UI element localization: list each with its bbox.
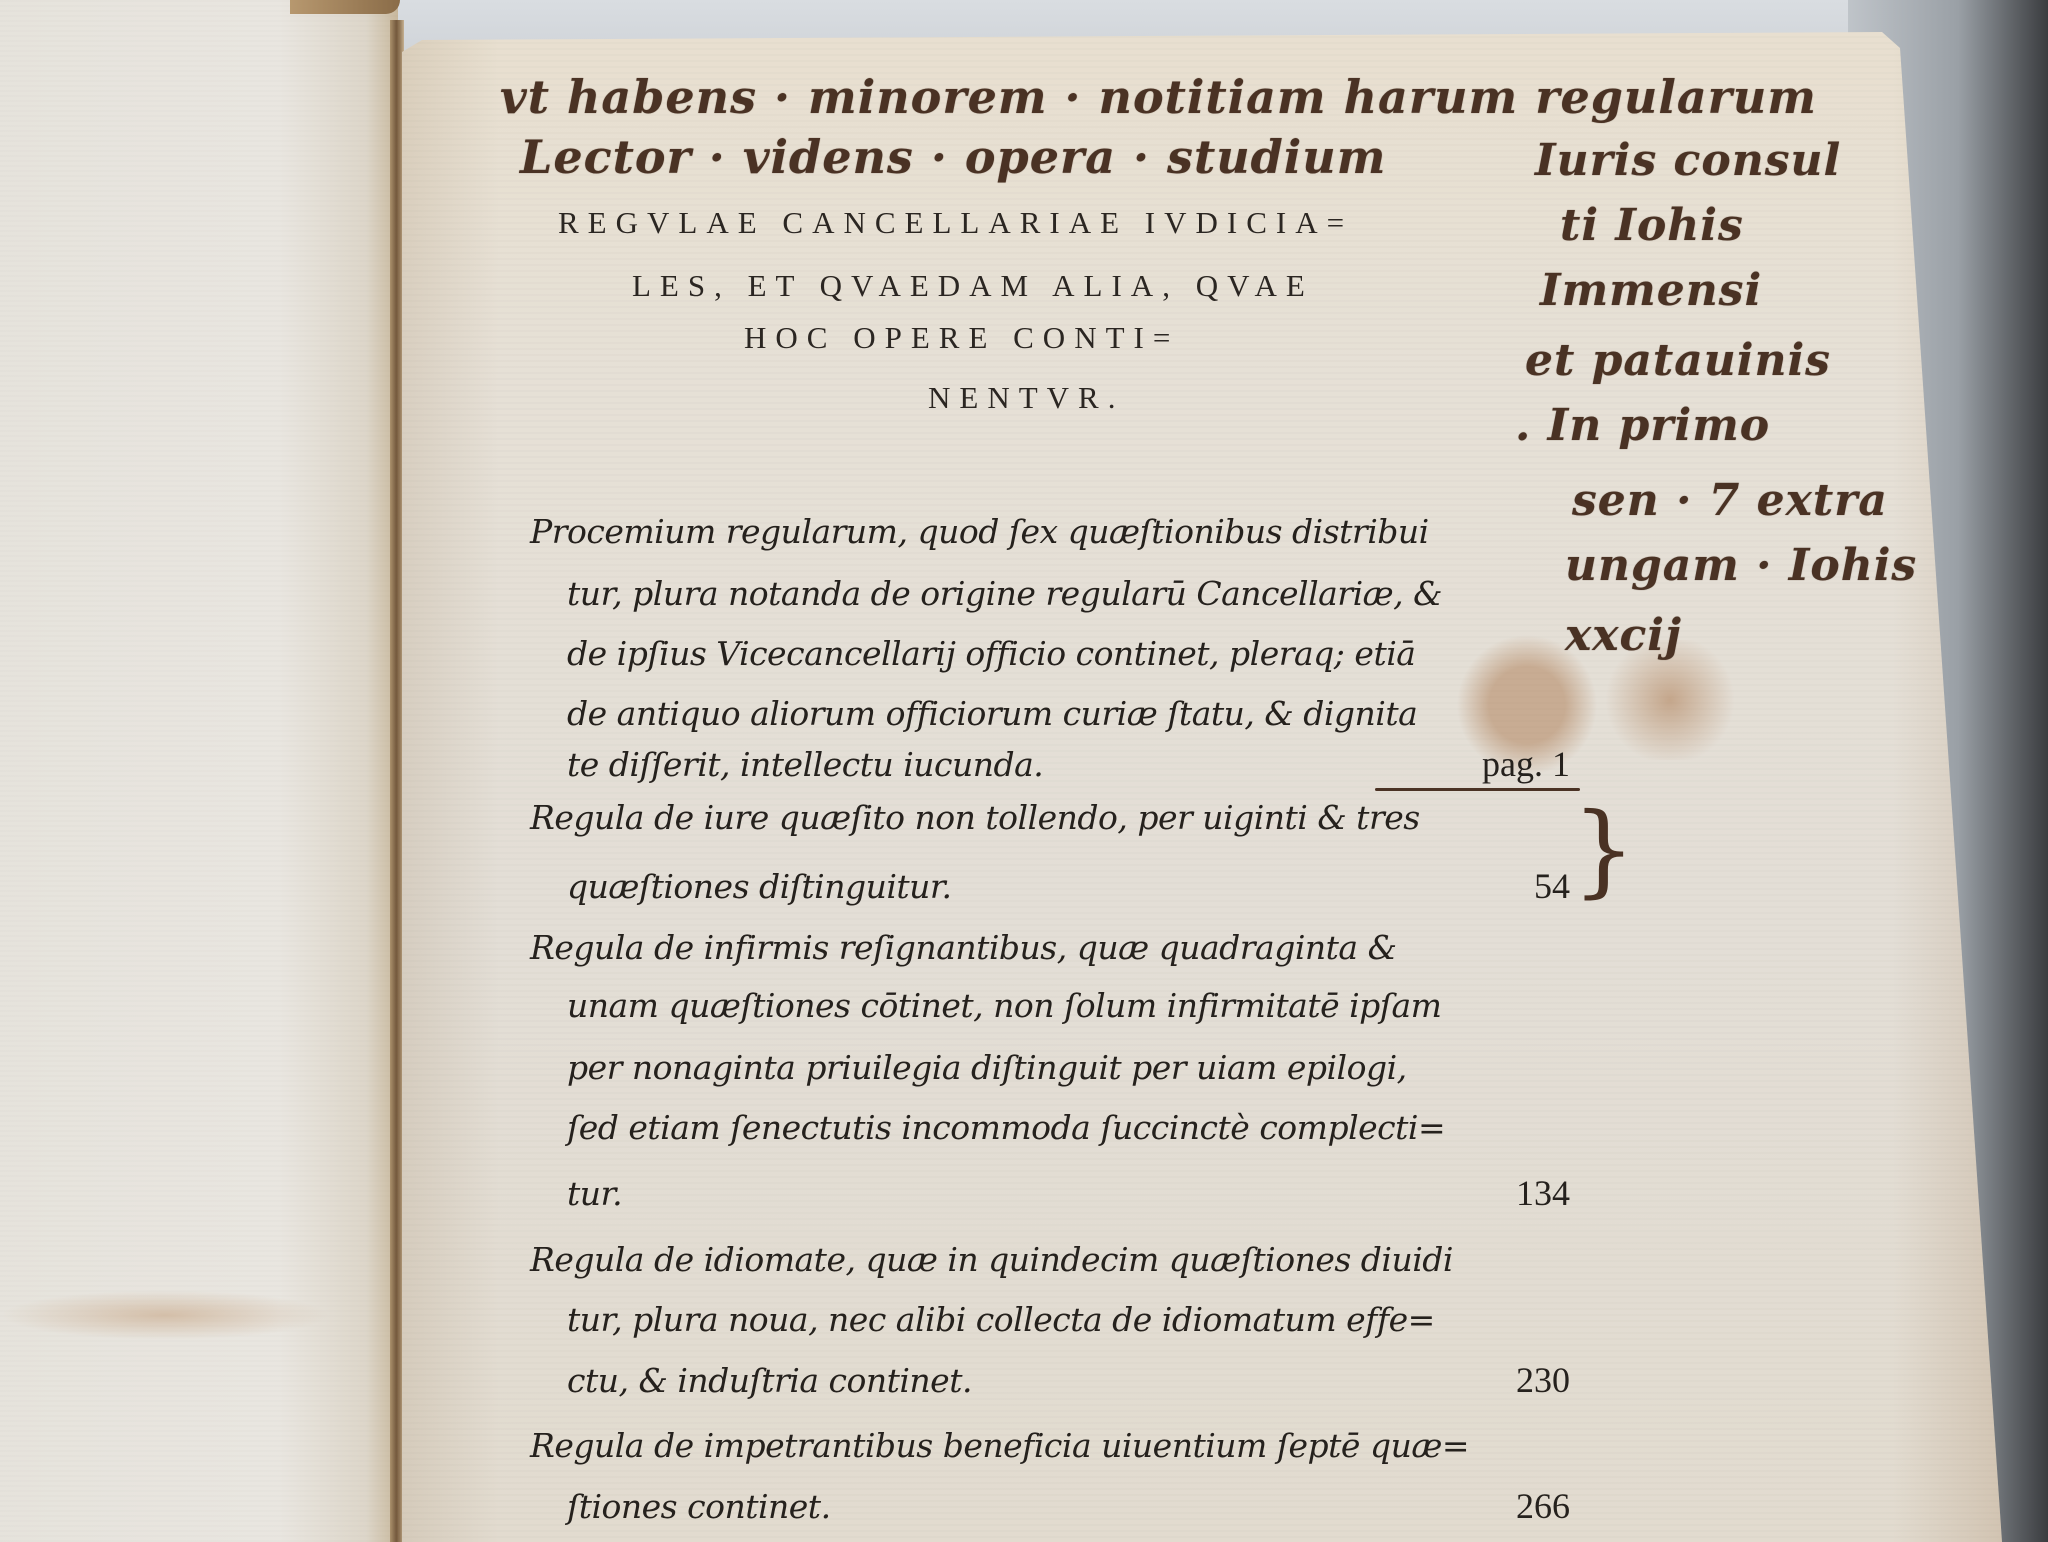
heading-line-4: NENTVR. <box>928 380 1124 416</box>
heading-line-3: HOC OPERE CONTI= <box>744 320 1179 356</box>
toc-entry-2-line-2: quæſtiones diſtinguitur.54 <box>567 858 1570 914</box>
toc-entry-5-line-1: Regula de impetrantibus beneficia uiuent… <box>530 1418 1570 1474</box>
handwritten-brace: } <box>1572 800 1604 910</box>
toc-entry-5-line-2: ſtiones continet.266 <box>567 1478 1570 1534</box>
toc-entry-3-line-4: ſed etiam ſenectutis incommoda ſuccinctè… <box>567 1100 1570 1156</box>
toc-entry-4-line-1: Regula de idiomate, quæ in quindecim quæ… <box>530 1232 1570 1288</box>
page-number: 266 <box>1516 1478 1570 1534</box>
toc-entry-3-line-5: tur.134 <box>567 1165 1570 1221</box>
page-number: pag. 1 <box>1482 736 1570 792</box>
margin-note-3: Immensi <box>1540 265 1762 316</box>
margin-note-8: xxcij <box>1565 610 1682 661</box>
margin-note-6: sen · 7 extra <box>1572 475 1888 526</box>
toc-entry-1-line-2: tur, plura notanda de origine regularū C… <box>567 566 1570 622</box>
toc-entry-1-line-4: de antiquo aliorum officiorum curiæ ſtat… <box>567 686 1570 742</box>
margin-note-4: et patauinis <box>1525 335 1831 386</box>
toc-entry-4-line-3: ctu, & induſtria continet.230 <box>567 1352 1570 1408</box>
toc-entry-2-line-1: Regula de iure quæſito non tollendo, per… <box>530 790 1570 846</box>
handwritten-line-1: vt habens · minorem · notitiam harum reg… <box>500 70 1817 124</box>
handwritten-line-2: Lector · videns · opera · studium <box>520 130 1386 184</box>
margin-note-5: . In primo <box>1515 400 1770 451</box>
toc-entry-3-line-2: unam quæſtiones cōtinet, non ſolum infir… <box>567 978 1570 1034</box>
heading-line-2: LES, ET QVAEDAM ALIA, QVAE <box>632 268 1314 304</box>
margin-note-7: ungam · Iohis <box>1565 540 1917 591</box>
heading-line-1: REGVLAE CANCELLARIAE IVDICIA= <box>558 205 1353 241</box>
margin-note-2: ti Iohis <box>1560 200 1744 251</box>
page-number: 54 <box>1534 858 1570 914</box>
toc-entry-1-line-3: de ipſius Vicecancellarij officio contin… <box>567 626 1570 682</box>
toc-entry-3-line-3: per nonaginta priuilegia diſtinguit per … <box>567 1040 1570 1096</box>
page-number: 134 <box>1516 1165 1570 1221</box>
toc-entry-3-line-1: Regula de infirmis reſignantibus, quæ qu… <box>530 920 1570 976</box>
gutter <box>390 20 404 1542</box>
page-number: 230 <box>1516 1352 1570 1408</box>
binding-edge <box>290 0 400 14</box>
left-page <box>0 0 398 1542</box>
margin-note-1: Iuris consul <box>1535 135 1841 186</box>
water-stain <box>0 1290 330 1340</box>
toc-entry-1-line-5: te diſſerit, intellectu iucunda.pag. 1 <box>567 736 1570 792</box>
toc-entry-4-line-2: tur, plura noua, nec alibi collecta de i… <box>567 1292 1570 1348</box>
toc-entry-1-line-1: Procemium regularum, quod ſex quæſtionib… <box>530 504 1570 560</box>
